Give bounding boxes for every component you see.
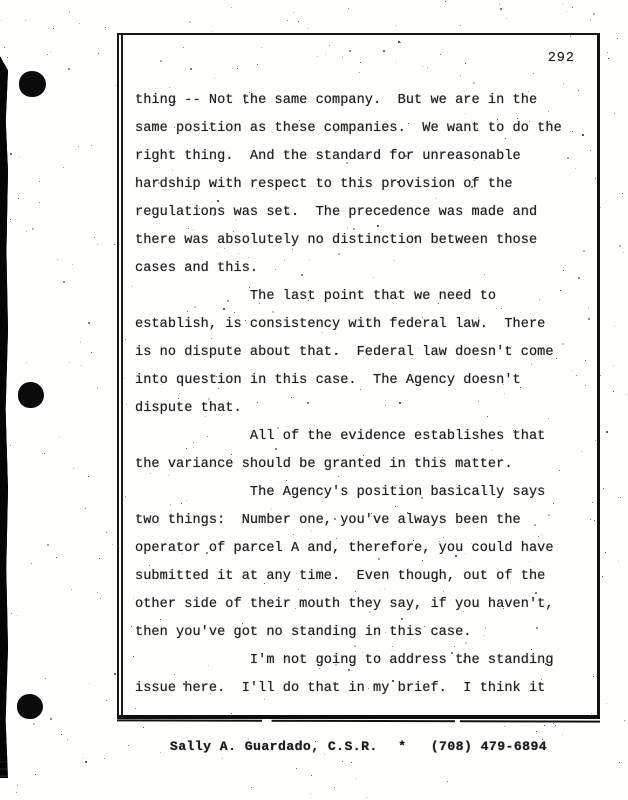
transcript-line: The Agency's position basically says [135,479,585,507]
hole-punch-bottom [17,694,43,719]
scanned-transcript-page: 292 thing -- Not the same company. But w… [0,0,628,800]
reporter-name: Sally A. Guardado, C.S.R. [170,739,378,754]
transcript-line: right thing. And the standard for unreas… [135,143,585,171]
transcript-line: two things: Number one, you've always be… [135,507,585,535]
transcript-line: other side of their mouth they say, if y… [135,591,585,619]
transcript-line: there was absolutely no distinction betw… [135,227,585,255]
transcript-line: hardship with respect to this provision … [135,171,585,199]
transcript-text-block: thing -- Not the same company. But we ar… [135,87,585,703]
hole-punch-top [19,71,46,97]
transcript-line: is no dispute about that. Federal law do… [135,339,585,367]
transcript-line: issue here. I'll do that in my brief. I … [135,675,585,703]
transcript-line: regulations was set. The precedence was … [135,199,585,227]
transcript-line: submitted it at any time. Even though, o… [135,563,585,591]
transcript-line: operator of parcel A and, therefore, you… [135,535,585,563]
scanner-edge-band [0,56,8,778]
transcript-line: The last point that we need to [135,283,585,311]
transcript-line: thing -- Not the same company. But we ar… [135,87,585,115]
transcript-line: cases and this. [135,255,585,283]
reporter-phone: (708) 479-6894 [431,739,547,754]
transcript-line: then you've got no standing in this case… [135,619,585,647]
transcript-line: same position as these companies. We wan… [135,115,585,143]
reporter-footer-line: Sally A. Guardado, C.S.R. * (708) 479-68… [117,739,600,754]
transcript-line: All of the evidence establishes that [135,423,585,451]
transcript-line: into question in this case. The Agency d… [135,367,585,395]
transcript-line: the variance should be granted in this m… [135,451,585,479]
transcript-line: dispute that. [135,395,585,423]
page-number: 292 [548,51,575,66]
page-border-box: 292 thing -- Not the same company. But w… [117,33,600,719]
transcript-line: I'm not going to address the standing [135,647,585,675]
footer-separator-asterisk: * [398,739,406,754]
transcript-line: establish, is consistency with federal l… [135,311,585,339]
hole-punch-middle [18,382,44,408]
